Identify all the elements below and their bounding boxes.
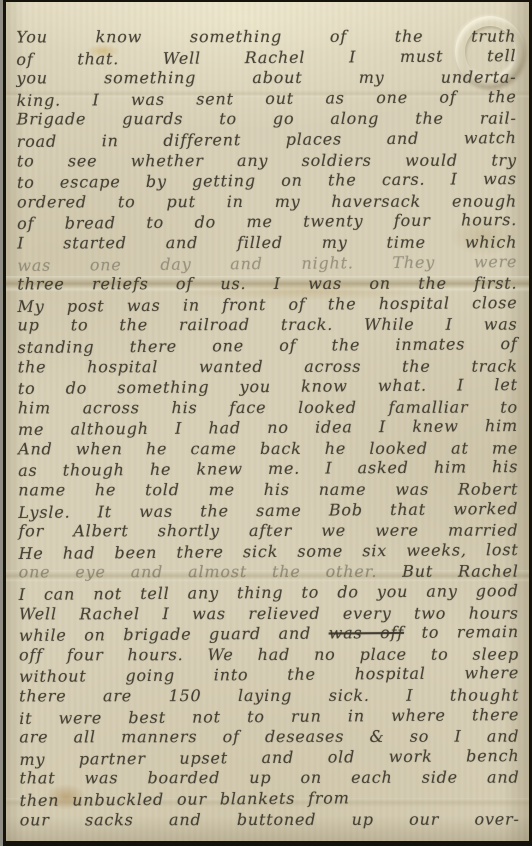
letter-text: up to the railroad track. While I was: [18, 315, 518, 335]
letter-body: You know something of the truthof that. …: [16, 26, 519, 831]
letter-line: without going into the hospital where: [19, 663, 519, 688]
letter-line: up to the railroad track. While I was: [18, 315, 518, 336]
letter-text: was one day and night. They were: [17, 252, 517, 275]
letter-text: without going into the hospital where: [19, 663, 519, 686]
scanned-letter-page: You know something of the truthof that. …: [0, 0, 532, 846]
letter-text: name he told me his name was Robert: [18, 480, 518, 500]
letter-line: then unbuckled our blankets from: [20, 787, 520, 812]
letter-text: to escape by getting on the cars. I was: [17, 169, 517, 192]
letter-text: the hospital wanted across the track: [18, 356, 518, 376]
letter-line: me although I had no idea I knew him: [18, 416, 518, 441]
letter-text: ordered to put in my haversack enough: [17, 191, 517, 211]
letter-text: as though he knew me. I asked him his: [18, 458, 518, 481]
letter-text: king. I was sent out as one of the: [16, 87, 516, 110]
letter-text: while on brigade guard and: [19, 624, 329, 645]
letter-text: I started and filled my time which: [17, 233, 517, 253]
letter-text: standing there one of the inmates of: [18, 334, 518, 357]
letter-line: to see whether any soldiers would try: [17, 150, 517, 171]
letter-text: And when he came back he looked at me: [18, 438, 518, 458]
letter-line: standing there one of the inmates of: [18, 334, 518, 359]
letter-line: him across his face looked famalliar to: [18, 397, 518, 418]
letter-text: I can not tell any thing to do you any g…: [19, 581, 519, 604]
letter-line: was one day and night. They were: [17, 252, 517, 277]
letter-text: our sacks and buttoned up our over-: [20, 809, 520, 829]
letter-text: then unbuckled our blankets from: [20, 788, 350, 810]
letter-line: Well Rachel I was relieved every two hou…: [19, 603, 519, 624]
letter-text: him across his face looked famalliar to: [18, 397, 518, 417]
letter-line: as though he knew me. I asked him his: [18, 458, 518, 483]
letter-line: king. I was sent out as one of the: [16, 87, 516, 112]
letter-text: are all manners of deseases & so I and: [19, 727, 519, 747]
letter-line: to do something you know what. I let: [18, 375, 518, 400]
letter-text: Well Rachel I was relieved every two hou…: [19, 603, 519, 623]
letter-line: one eye and almost the other. But Rachel: [19, 562, 519, 583]
letter-line: You know something of the truth: [16, 27, 516, 48]
letter-line: Lysle. It was the same Bob that worked: [18, 499, 518, 524]
letter-text: to remain: [404, 622, 519, 642]
letter-text: Lysle. It was the same Bob that worked: [18, 499, 518, 522]
letter-text: He had been there sick some six weeks, l…: [18, 540, 518, 563]
letter-paper: You know something of the truthof that. …: [6, 2, 529, 841]
letter-text: of bread to do me twenty four hours.: [17, 210, 517, 233]
letter-line: Brigade guards to go along the rail-: [17, 109, 517, 130]
letter-line: that was boarded up on each side and: [20, 768, 520, 789]
letter-line: are all manners of deseases & so I and: [19, 727, 519, 748]
letter-text: to see whether any soldiers would try: [17, 150, 517, 170]
letter-text: to do something you know what. I let: [18, 375, 518, 398]
letter-text: My post was in front of the hospital clo…: [17, 293, 517, 316]
letter-text: me although I had no idea I knew him: [18, 416, 518, 439]
letter-line: of bread to do me twenty four hours.: [17, 210, 517, 235]
letter-line: road in different places and watch: [17, 128, 517, 153]
letter-text: for Albert shortly after we were married: [18, 521, 518, 541]
letter-text: you something about my underta-: [16, 68, 516, 88]
letter-line: my partner upset and old work bench: [19, 746, 519, 771]
letter-line: our sacks and buttoned up our over-: [20, 809, 520, 830]
letter-line: I can not tell any thing to do you any g…: [19, 581, 519, 606]
letter-text: three reliefs of us. I was on the first.: [17, 274, 517, 294]
letter-line: ordered to put in my haversack enough: [17, 191, 517, 212]
letter-line: you something about my underta-: [16, 68, 516, 89]
letter-line: for Albert shortly after we were married: [18, 521, 518, 542]
letter-line: My post was in front of the hospital clo…: [17, 293, 517, 318]
letter-text: of that. Well Rachel I must tell: [16, 46, 516, 69]
letter-line: to escape by getting on the cars. I was: [17, 169, 517, 194]
letter-text: road in different places and watch: [17, 128, 517, 151]
crossed-out-text: was off: [329, 623, 404, 643]
letter-line: there are 150 laying sick. I thought: [19, 686, 519, 707]
letter-line: off four hours. We had no place to sleep: [19, 644, 519, 665]
letter-line: name he told me his name was Robert: [18, 480, 518, 501]
faded-text: one eye and almost the other.: [19, 562, 378, 582]
letter-text: that was boarded up on each side and: [20, 768, 520, 788]
letter-text: off four hours. We had no place to sleep: [19, 644, 519, 664]
letter-text: But Rachel: [377, 562, 518, 581]
letter-line: while on brigade guard and was off to re…: [19, 622, 519, 647]
letter-line: three reliefs of us. I was on the first.: [17, 274, 517, 295]
letter-text: my partner upset and old work bench: [19, 746, 519, 769]
letter-text: there are 150 laying sick. I thought: [19, 686, 519, 706]
letter-line: I started and filled my time which: [17, 233, 517, 254]
letter-text: You know something of the truth: [16, 27, 516, 47]
letter-line: the hospital wanted across the track: [18, 356, 518, 377]
letter-line: of that. Well Rachel I must tell: [16, 46, 516, 71]
letter-text: it were best not to run in where there: [19, 705, 519, 728]
letter-text: Brigade guards to go along the rail-: [17, 109, 517, 129]
letter-line: it were best not to run in where there: [19, 705, 519, 730]
